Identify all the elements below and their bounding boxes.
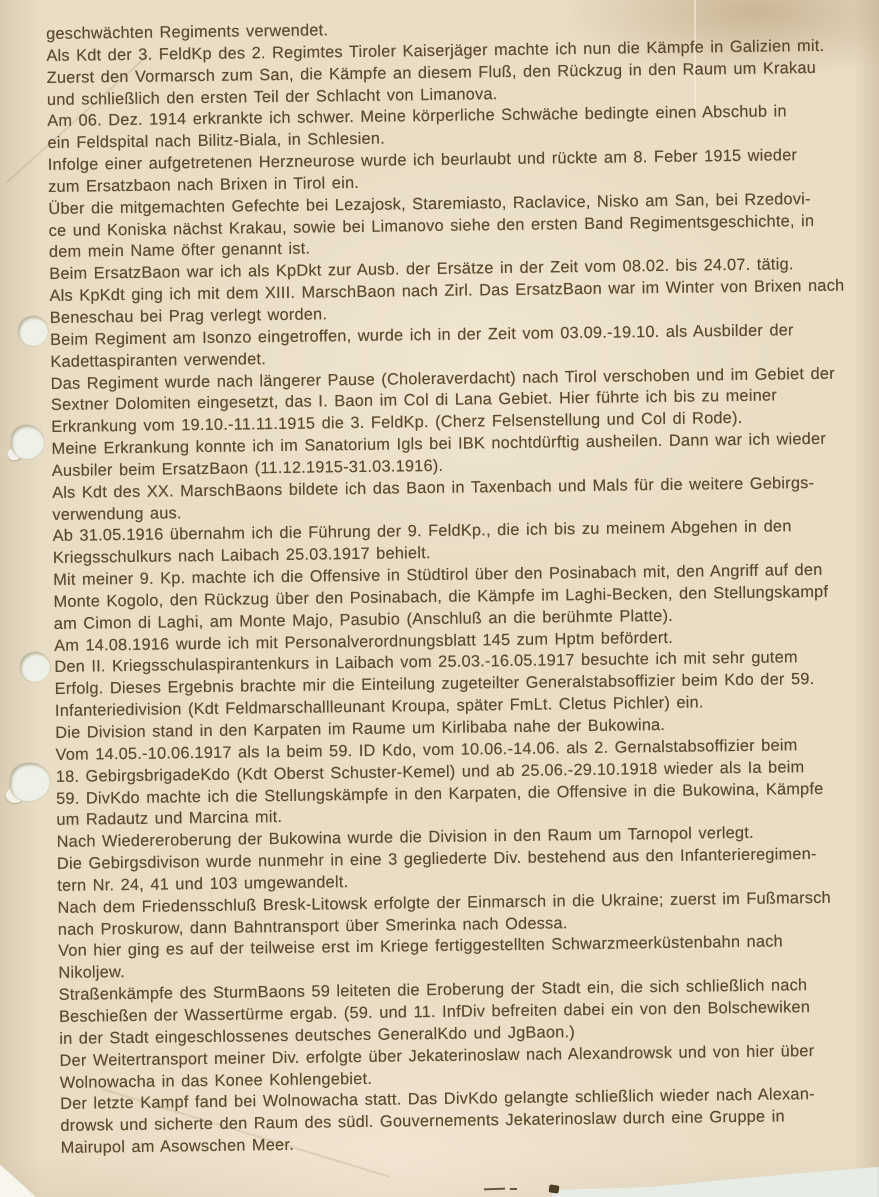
scanner-background-corner <box>0 1152 36 1197</box>
punch-hole <box>11 425 44 459</box>
punch-hole <box>18 316 48 346</box>
scan-artifact <box>510 1188 517 1190</box>
document-text: geschwächten Regiments verwendet.Als Kdt… <box>46 13 873 1159</box>
scan-artifact <box>484 1188 505 1191</box>
scan-artifact <box>548 1184 559 1193</box>
scanned-page: geschwächten Regiments verwendet.Als Kdt… <box>0 0 879 1197</box>
punch-hole <box>10 763 50 801</box>
underlying-sheet-edge <box>552 1150 879 1197</box>
punch-hole <box>20 652 50 682</box>
